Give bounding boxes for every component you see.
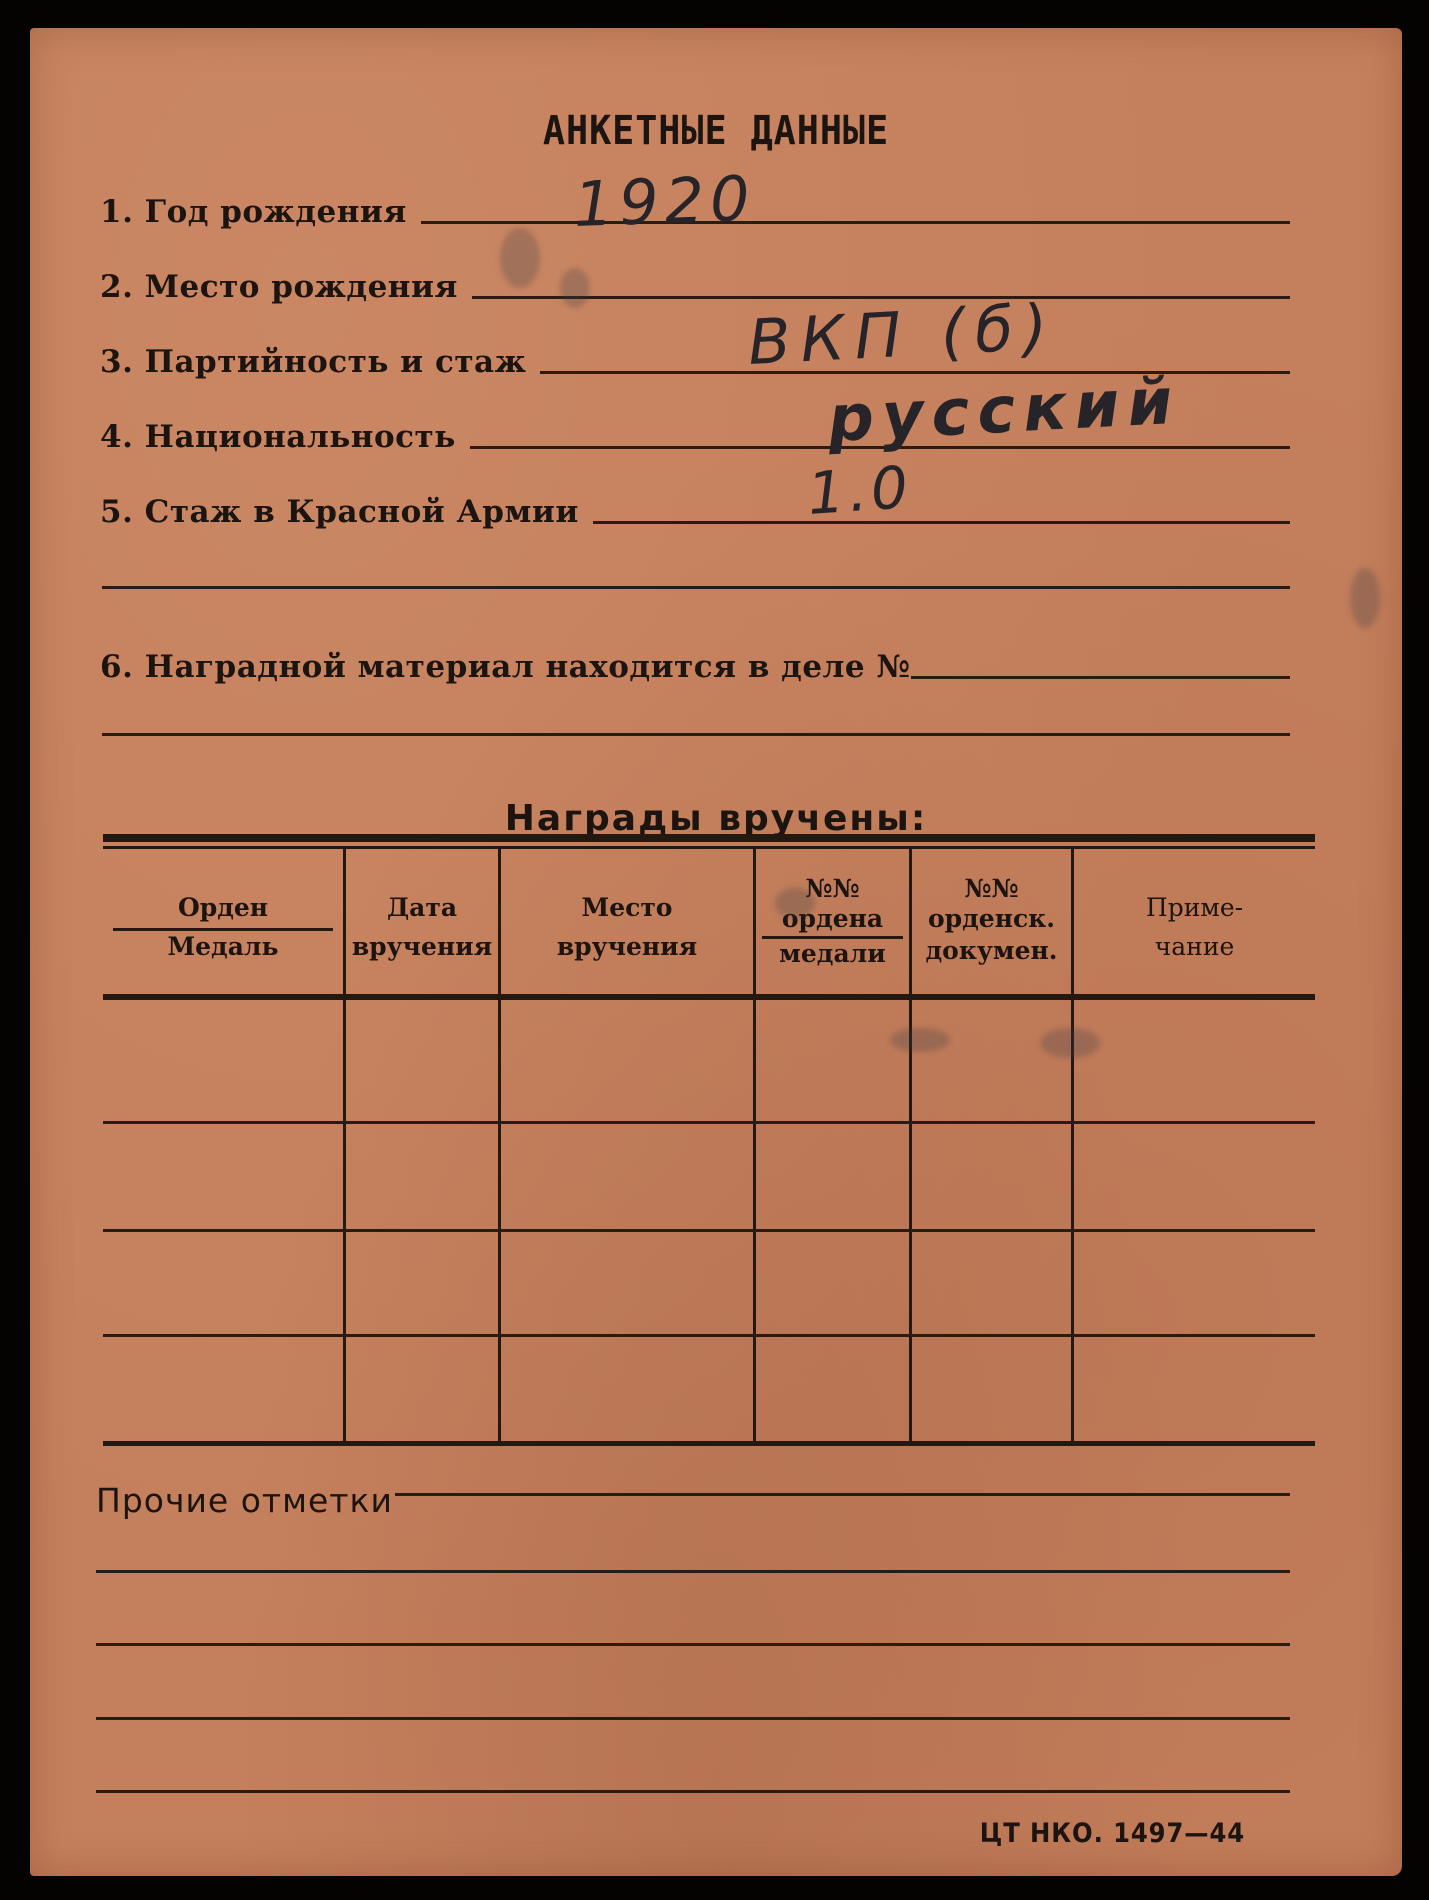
blank-line — [96, 1643, 1290, 1646]
ink-smudge — [560, 268, 590, 308]
field-underline — [593, 519, 1290, 524]
document-card: АНКЕТНЫЕ ДАННЫЕ 1. Год рождения 1920 2. … — [30, 28, 1402, 1876]
column-header-document-numbers: №№ орденск. докумен. — [912, 874, 1071, 966]
table-row — [103, 1232, 1315, 1334]
blank-line — [96, 1790, 1290, 1793]
blank-line — [96, 1570, 1290, 1573]
other-marks-label: Прочие отметки — [96, 1481, 393, 1520]
column-header-order-medal: Орден Медаль — [103, 892, 343, 963]
column-header-award-date: Дата вручения — [346, 892, 498, 963]
ink-smudge — [775, 888, 815, 918]
field-red-army-service: 5. Стаж в Красной Армии — [100, 488, 1290, 528]
ink-smudge — [1040, 1028, 1100, 1058]
blank-line — [96, 1717, 1290, 1720]
ink-smudge — [1350, 568, 1380, 628]
field-label: 1. Год рождения — [100, 197, 421, 228]
table-row — [103, 1337, 1315, 1441]
field-label: 4. Национальность — [100, 422, 470, 453]
ink-smudge — [890, 1028, 950, 1052]
handwritten-birth-year: 1920 — [572, 162, 756, 241]
table-row — [103, 1000, 1315, 1121]
field-underline — [911, 674, 1290, 679]
table-top-rule — [103, 846, 1315, 849]
other-marks-underline — [395, 1493, 1290, 1496]
field-label: 3. Партийность и стаж — [100, 347, 540, 378]
field-birth-place: 2. Место рождения — [100, 263, 1290, 303]
field-label: 6. Наградной материал находится в деле № — [100, 652, 911, 683]
table-bottom-border — [103, 1441, 1315, 1446]
blank-line — [102, 586, 1290, 589]
field-label: 5. Стаж в Красной Армии — [100, 497, 593, 528]
column-header-award-place: Место вручения — [501, 892, 753, 963]
column-header-notes: Приме- чание — [1074, 892, 1315, 963]
table-top-border — [103, 834, 1315, 842]
awards-heading: Награды вручены: — [30, 798, 1402, 839]
ink-smudge — [500, 228, 540, 288]
table-row — [103, 1124, 1315, 1229]
document-title: АНКЕТНЫЕ ДАННЫЕ — [85, 108, 1347, 154]
field-underline — [421, 219, 1290, 224]
handwritten-service: 1.0 — [805, 453, 914, 528]
field-award-file: 6. Наградной материал находится в деле № — [100, 643, 1290, 683]
column-header-order-numbers: №№ ордена медали — [756, 874, 909, 969]
blank-line — [102, 733, 1290, 736]
print-code: ЦТ НКО. 1497—44 — [980, 1818, 1245, 1849]
field-label: 2. Место рождения — [100, 272, 472, 303]
